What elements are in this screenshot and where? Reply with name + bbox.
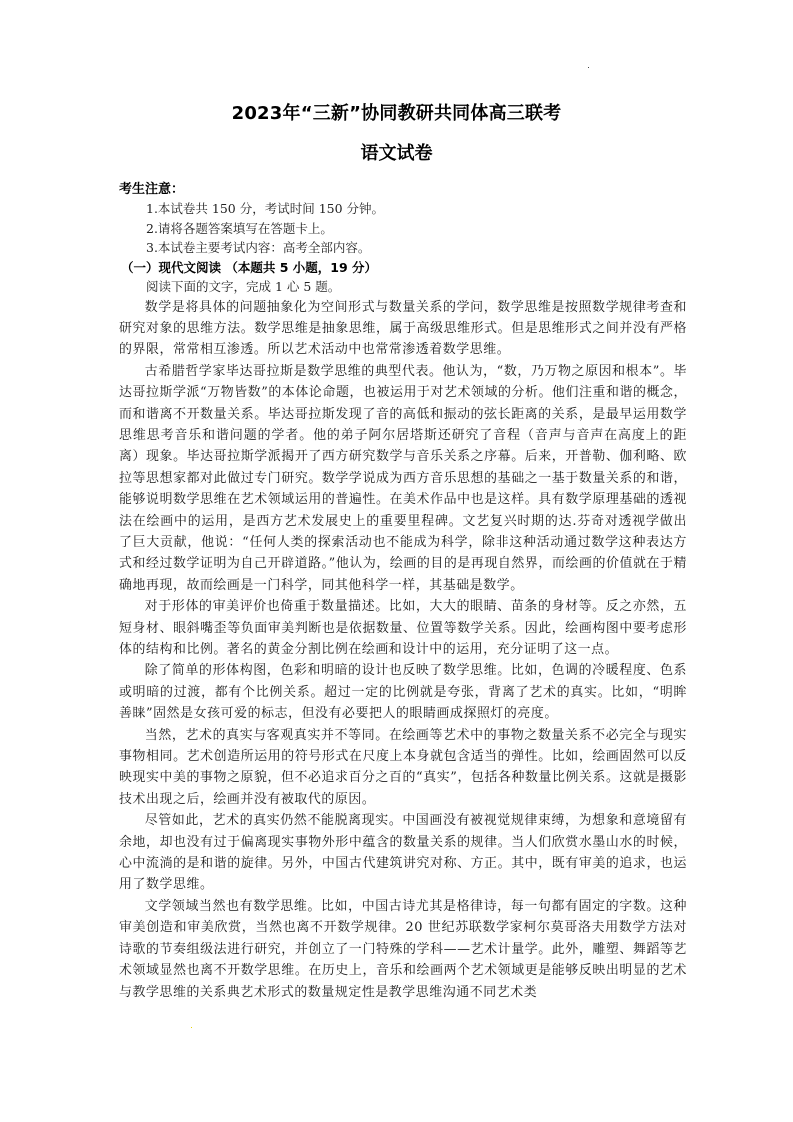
passage-paragraph: 对于形体的审美评价也倚重于数量描述。比如，大大的眼睛、苗条的身材等。反之亦然，五…: [119, 596, 687, 660]
passage-paragraph: 文学领域当然也有数学思维。比如，中国古诗尤其是格律诗，每一句都有固定的字数。这种…: [119, 896, 687, 1003]
section-instruction: 阅读下面的文字，完成 1 心 5 题。: [119, 277, 687, 297]
exam-page: 2023年“三新”协同教研共同体高三联考 语文试卷 考生注意： 1.本试卷共 1…: [0, 0, 793, 1122]
corner-mark: [588, 67, 589, 68]
notice-item: 2.请将各题答案填写在答题卡上。: [119, 219, 687, 239]
notice-heading: 考生注意：: [119, 180, 687, 199]
notice-item: 3.本试卷主要考试内容：高考全部内容。: [119, 238, 687, 258]
exam-title: 2023年“三新”协同教研共同体高三联考: [0, 99, 793, 125]
scan-artifact: [191, 1027, 192, 1028]
notice-item: 1.本试卷共 150 分，考试时间 150 分钟。: [119, 199, 687, 219]
passage-paragraph: 除了简单的形体构图，色彩和明暗的设计也反映了数学思维。比如，色调的冷暖程度、色系…: [119, 660, 687, 724]
passage-paragraph: 当然，艺术的真实与客观真实并不等同。在绘画等艺术中的事物之数量关系不必完全与现实…: [119, 725, 687, 811]
exam-subtitle: 语文试卷: [0, 139, 793, 165]
passage-paragraph: 尽管如此，艺术的真实仍然不能脱离现实。中国画没有被视觉规律束缚，为想象和意境留有…: [119, 810, 687, 896]
section-heading: （一）现代文阅读 （本题共 5 小题，19 分）: [121, 258, 687, 277]
exam-content: 考生注意： 1.本试卷共 150 分，考试时间 150 分钟。 2.请将各题答案…: [119, 180, 687, 1003]
passage-paragraph: 数学是将具体的问题抽象化为空间形式与数量关系的学问，数学思维是按照数学规律考查和…: [119, 297, 687, 361]
passage-paragraph: 古希腊哲学家毕达哥拉斯是数学思维的典型代表。他认为，“数，乃万物之原因和根本”。…: [119, 361, 687, 596]
